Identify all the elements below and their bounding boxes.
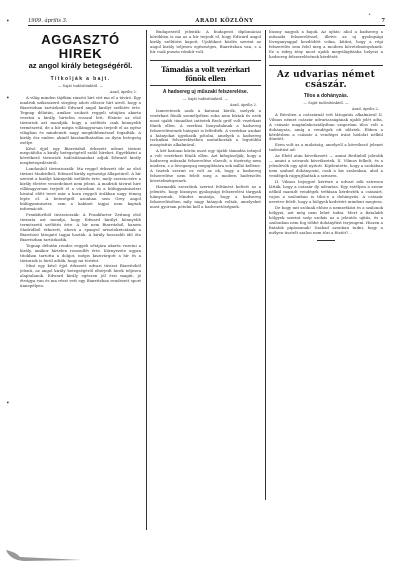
article-paragraph: Mint egy késő éjjel érkezett udvari távi… — [20, 264, 141, 289]
article-paragraph: Ismeretesek azok a katonai körök, melyek… — [150, 109, 261, 149]
article-subheadline: A hadsereg uj műszaki felszerelése. — [150, 89, 261, 95]
article-paragraph: II. Vilmos bejegyzé kérésre a udvari nők… — [269, 180, 383, 205]
margin-mark: • — [6, 18, 10, 25]
article-paragraph: Harmadik szerzőink szerint feltűnést kel… — [150, 185, 261, 210]
article-paragraph: Ezen volt az a mulatság, amelyről a köve… — [269, 143, 383, 153]
article-paragraph: Londonból táviratozzák: Ma reggel érkeze… — [20, 167, 141, 212]
margin-mark: • — [6, 400, 10, 407]
headline-underline — [150, 85, 261, 86]
section-divider — [150, 60, 261, 61]
intro-paragraph: bizony nagyok a bajok. Az ujítás: ahol a… — [269, 30, 383, 60]
article-byline: — Saját tudósítónktól. — — [269, 101, 383, 105]
article-paragraph: A Bécsben a császárnál tett látogatás al… — [269, 113, 383, 143]
column-2-article: Budapestről jelentik: A budapesti diplom… — [146, 30, 261, 530]
article-subheadline: az angol király betegségéről. — [20, 61, 141, 70]
article-dateline: Arad, április 2. — [269, 107, 379, 111]
article-subheadline: Tilos a dohányzás. — [269, 93, 383, 99]
article-byline: — Saját tudósítónktól. — — [20, 84, 141, 88]
article-headline: AGGASZTÓ HIREK — [20, 33, 141, 61]
article-dateline: Arad, április 2. — [150, 103, 257, 107]
article-paragraph: Tegnap délután rendes reggeli sétájára a… — [20, 244, 141, 264]
article-kicker: Titkolják a bajt. — [20, 76, 141, 82]
corner-mark: • — [368, 12, 371, 18]
margin-mark: • — [6, 95, 10, 102]
article-paragraph: Az Ebéd után következett — amint Berlinb… — [269, 154, 383, 179]
end-rule — [317, 240, 335, 241]
paper-name: ARADI KÖZLÖNY — [195, 18, 253, 24]
masthead: 1909. április 3. ARADI KÖZLÖNY 7 — [28, 14, 385, 26]
column-1-article: AGGASZTÓ HIREK az angol király betegségé… — [20, 30, 141, 535]
article-paragraph: A világ minden tájékán riasztó hirt vitt… — [20, 96, 141, 146]
article-byline: — Saját tudósítónktól. — — [150, 97, 261, 101]
column-3-article: bizony nagyok a bajok. Az ujítás: ahol a… — [265, 30, 383, 500]
article-dateline: Arad, április 2. — [20, 90, 137, 94]
intro-paragraph: Budapestről jelentik: A budapesti diplom… — [150, 30, 261, 55]
article-paragraph: De hogy mit szólnak ehhez a nemzetközi é… — [269, 206, 383, 236]
article-paragraph: Frankfurtból táviratozzák: A Frankfurter… — [20, 213, 141, 243]
section-divider — [269, 65, 383, 66]
newspaper-page: 1909. április 3. ARADI KÖZLÖNY 7 AGGASZT… — [20, 14, 385, 550]
article-paragraph: A két katonai körön most egy újabb támad… — [150, 149, 261, 184]
page-number: 7 — [381, 18, 385, 24]
article-paragraph: Késő éjjel egy Biarritzból érkezett udva… — [20, 147, 141, 167]
scan-artifact-swoosh — [4, 548, 84, 562]
article-headline: Az udvarias német császár. — [269, 70, 383, 90]
issue-date: 1909. április 3. — [28, 18, 68, 24]
article-headline: Támadás a volt vezérkari főnök ellen — [154, 65, 257, 83]
